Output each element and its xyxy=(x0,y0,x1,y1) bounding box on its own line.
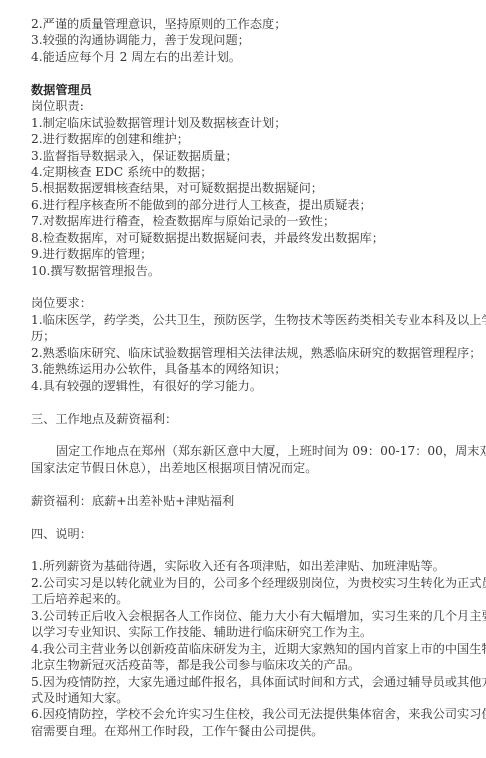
note-line: 以学习专业知识、实际工作技能、辅助进行临床研究工作为主。 xyxy=(31,624,476,640)
duty-item: 10.撰写数据管理报告。 xyxy=(31,263,476,279)
duty-item: 7.对数据库进行稽查，检查数据库与原始记录的一致性； xyxy=(31,213,476,229)
blank-line xyxy=(31,542,476,558)
note-line: 5.因为疫情防控，大家先通过邮件报名，具体面试时间和方式，会通过辅导员或其他方 xyxy=(31,674,476,690)
note-line: 6.因疫情防控，学校不会允许实习生住校，我公司无法提供集体宿舍，来我公司实习住 xyxy=(31,706,476,722)
requirement-item: 2.熟悉临床研究、临床试验数据管理相关法律法规，熟悉临床研究的数据管理程序； xyxy=(31,345,476,361)
note-line: 4.我公司主营业务以创新疫苗临床研发为主，近期大家熟知的国内首家上市的中国生物 xyxy=(31,641,476,657)
requirement-line: 4.能适应每个月 2 周左右的出差计划。 xyxy=(31,49,476,65)
duty-item: 4.定期核查 EDC 系统中的数据； xyxy=(31,164,476,180)
position-title: 数据管理员 xyxy=(31,82,476,98)
duty-item: 2.进行数据库的创建和维护； xyxy=(31,131,476,147)
blank-line xyxy=(31,65,476,81)
duty-item: 3.监督指导数据录入，保证数据质量； xyxy=(31,148,476,164)
duty-item: 5.根据数据逻辑核查结果，对可疑数据提出数据疑问； xyxy=(31,180,476,196)
note-line: 2.公司实习是以转化就业为目的，公司多个经理级别岗位，为贵校实习生转化为正式员 xyxy=(31,575,476,591)
note-line: 北京生物新冠灭活疫苗等，都是我公司参与临床攻关的产品。 xyxy=(31,657,476,673)
requirement-item: 1.临床医学，药学类，公共卫生，预防医学，生物技术等医药类相关专业本科及以上学 xyxy=(31,312,476,328)
blank-line xyxy=(31,427,476,443)
note-line: 工后培养起来的。 xyxy=(31,591,476,607)
benefits-line: 薪资福利：底薪+出差补贴+津贴福利 xyxy=(31,493,476,509)
duty-item: 1.制定临床试验数据管理计划及数据核查计划； xyxy=(31,115,476,131)
requirement-line: 2.严谨的质量管理意识，坚持原则的工作态度； xyxy=(31,16,476,32)
duty-item: 6.进行程序核查所不能做到的部分进行人工核查，提出质疑表； xyxy=(31,197,476,213)
blank-line xyxy=(31,279,476,295)
requirement-item: 历； xyxy=(31,328,476,344)
requirements-label: 岗位要求： xyxy=(31,295,476,311)
blank-line xyxy=(31,509,476,525)
note-line: 1.所列薪资为基础待遇，实际收入还有各项津贴，如出差津贴、加班津贴等。 xyxy=(31,558,476,574)
requirement-item: 4.具有较强的逻辑性，有很好的学习能力。 xyxy=(31,378,476,394)
document-page: 2.严谨的质量管理意识，坚持原则的工作态度； 3.较强的沟通协调能力，善于发现问… xyxy=(31,16,476,739)
requirement-item: 3.能熟练运用办公软件，具备基本的网络知识； xyxy=(31,361,476,377)
section-heading: 三、工作地点及薪资福利： xyxy=(31,411,476,427)
section-heading: 四、说明： xyxy=(31,526,476,542)
requirement-line: 3.较强的沟通协调能力，善于发现问题； xyxy=(31,32,476,48)
note-line: 宿需要自理。在郑州工作时段，工作午餐由公司提供。 xyxy=(31,723,476,739)
note-line: 式及时通知大家。 xyxy=(31,690,476,706)
location-paragraph: 国家法定节假日休息），出差地区根据项目情况而定。 xyxy=(31,460,476,476)
note-line: 3.公司转正后收入会根据各人工作岗位、能力大小有大幅增加，实习生来的几个月主要 xyxy=(31,608,476,624)
location-paragraph: 固定工作地点在郑州（郑东新区意中大厦，上班时间为 09：00-17：00，周末双… xyxy=(31,443,476,459)
duty-item: 8.检查数据库，对可疑数据提出数据疑问表，并最终发出数据库； xyxy=(31,230,476,246)
blank-line xyxy=(31,394,476,410)
blank-line xyxy=(31,476,476,492)
duty-item: 9.进行数据库的管理； xyxy=(31,246,476,262)
duties-label: 岗位职责: xyxy=(31,98,476,114)
